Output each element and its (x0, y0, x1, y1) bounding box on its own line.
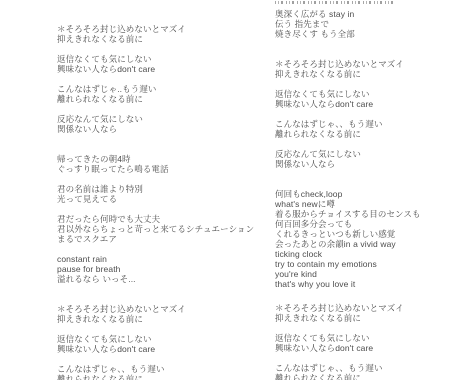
stanza-left-6: 君だったら何時でも大丈夫君以外ならちょっと苛っと来てるシチュエーションまるでスク… (57, 214, 254, 244)
stanza-left-9: 返信なくても気にしない興味ない人ならdon't care (57, 334, 254, 354)
lyric-line: 返信なくても気にしない (57, 334, 254, 344)
lyric-line: 着る服からチョイスする目のセンスも (275, 209, 421, 219)
lyric-line: くれるきっといつも新しい感覚 (275, 229, 421, 239)
stanza-right-4: 反応なんて気にしない関係ない人なら (275, 149, 421, 169)
stanza-right-1: ＊そろそろ封じ込めないとマズイ抑えきれなくなる前に (275, 59, 421, 79)
lyric-line: 抑えきれなくなる前に (275, 69, 421, 79)
lyric-line: 反応なんて気にしない (57, 114, 254, 124)
stanza-left-4: 帰ってきたの朝4時ぐっすり眠ってたら鳴る電話 (57, 154, 254, 174)
lyric-line: 返信なくても気にしない (275, 333, 421, 343)
lyric-line: 何回もcheck,loop (275, 189, 421, 199)
lyric-line: 離れられなくなる前に (57, 374, 254, 380)
lyric-line: ticking clock (275, 249, 421, 259)
lyric-line: 抑えきれなくなる前に (57, 34, 254, 44)
lyric-line: 会ったあとの余韻in a vivid way (275, 239, 421, 249)
stanza-left-2: こんなはずじゃ..もう遅い離れられなくなる前に (57, 84, 254, 104)
lyric-line: 興味ない人ならdon't care (275, 343, 421, 353)
stanza-left-3: 反応なんて気にしない関係ない人なら (57, 114, 254, 134)
lyric-line: that's why you love it (275, 279, 421, 289)
clipped-line-remnant (275, 1, 393, 4)
lyric-line: 奥深く広がる stay in (275, 9, 421, 19)
lyric-line: 興味ない人ならdon't care (57, 64, 254, 74)
lyric-line: 返信なくても気にしない (275, 89, 421, 99)
lyric-line: 何百回多分会っても (275, 219, 421, 229)
stanza-right-6: ＊そろそろ封じ込めないとマズイ抑えきれなくなる前に (275, 303, 421, 323)
stanza-left-8: ＊そろそろ封じ込めないとマズイ抑えきれなくなる前に (57, 304, 254, 324)
stanza-right-0: 奥深く広がる stay in伝う 指先まで焼き尽くす もう全部 (275, 9, 421, 39)
stanza-left-7: constant rainpause for breath溢れるなら いっそ..… (57, 254, 254, 284)
lyric-line: what's newに噂 (275, 199, 421, 209)
lyric-line: 抑えきれなくなる前に (57, 314, 254, 324)
lyric-line: 君の名前は誰より特別 (57, 184, 254, 194)
lyric-line: 返信なくても気にしない (57, 54, 254, 64)
lyric-line: こんなはずじゃ、、もう遅い (275, 363, 421, 373)
lyric-line: constant rain (57, 254, 254, 264)
lyric-line: ＊そろそろ封じ込めないとマズイ (57, 304, 254, 314)
lyric-line: 反応なんて気にしない (275, 149, 421, 159)
lyrics-page: ＊そろそろ封じ込めないとマズイ抑えきれなくなる前に返信なくても気にしない興味ない… (0, 0, 460, 380)
lyric-line: 抑えきれなくなる前に (275, 313, 421, 323)
lyric-line: 関係ない人なら (57, 124, 254, 134)
lyric-line: ＊そろそろ封じ込めないとマズイ (57, 24, 254, 34)
stanza-right-2: 返信なくても気にしない興味ない人ならdon't care (275, 89, 421, 109)
lyrics-column-left: ＊そろそろ封じ込めないとマズイ抑えきれなくなる前に返信なくても気にしない興味ない… (57, 24, 254, 380)
lyric-line: try to contain my emotions (275, 259, 421, 269)
lyric-line: 関係ない人なら (275, 159, 421, 169)
lyric-line: you're kind (275, 269, 421, 279)
lyric-line: こんなはずじゃ、、もう遅い (275, 119, 421, 129)
lyric-line: 興味ない人ならdon't care (57, 344, 254, 354)
lyric-line: 興味ない人ならdon't care (275, 99, 421, 109)
lyric-line: 離れられなくなる前に (275, 373, 421, 380)
lyrics-column-right: 奥深く広がる stay in伝う 指先まで焼き尽くす もう全部＊そろそろ封じ込め… (275, 9, 421, 380)
lyric-line: pause for breath (57, 264, 254, 274)
stanza-right-8: こんなはずじゃ、、もう遅い離れられなくなる前に (275, 363, 421, 380)
lyric-line: 君だったら何時でも大丈夫 (57, 214, 254, 224)
lyric-line: 焼き尽くす もう全部 (275, 29, 421, 39)
lyric-line: ぐっすり眠ってたら鳴る電話 (57, 164, 254, 174)
lyric-line: 君以外ならちょっと苛っと来てるシチュエーション (57, 224, 254, 234)
stanza-left-0: ＊そろそろ封じ込めないとマズイ抑えきれなくなる前に (57, 24, 254, 44)
lyric-line: 溢れるなら いっそ... (57, 274, 254, 284)
lyric-line: 離れられなくなる前に (275, 129, 421, 139)
lyric-line: こんなはずじゃ..もう遅い (57, 84, 254, 94)
lyric-line: 光って見えてる (57, 194, 254, 204)
stanza-left-5: 君の名前は誰より特別光って見えてる (57, 184, 254, 204)
stanza-right-5: 何回もcheck,loopwhat's newに噂着る服からチョイスする目のセン… (275, 189, 421, 289)
lyric-line: 帰ってきたの朝4時 (57, 154, 254, 164)
lyric-line: ＊そろそろ封じ込めないとマズイ (275, 59, 421, 69)
stanza-right-7: 返信なくても気にしない興味ない人ならdon't care (275, 333, 421, 353)
lyric-line: ＊そろそろ封じ込めないとマズイ (275, 303, 421, 313)
lyric-line: まるでスクエア (57, 234, 254, 244)
stanza-right-3: こんなはずじゃ、、もう遅い離れられなくなる前に (275, 119, 421, 139)
lyric-line: 離れられなくなる前に (57, 94, 254, 104)
stanza-left-1: 返信なくても気にしない興味ない人ならdon't care (57, 54, 254, 74)
lyric-line: こんなはずじゃ、、もう遅い (57, 364, 254, 374)
lyric-line: 伝う 指先まで (275, 19, 421, 29)
stanza-left-10: こんなはずじゃ、、もう遅い離れられなくなる前に (57, 364, 254, 380)
